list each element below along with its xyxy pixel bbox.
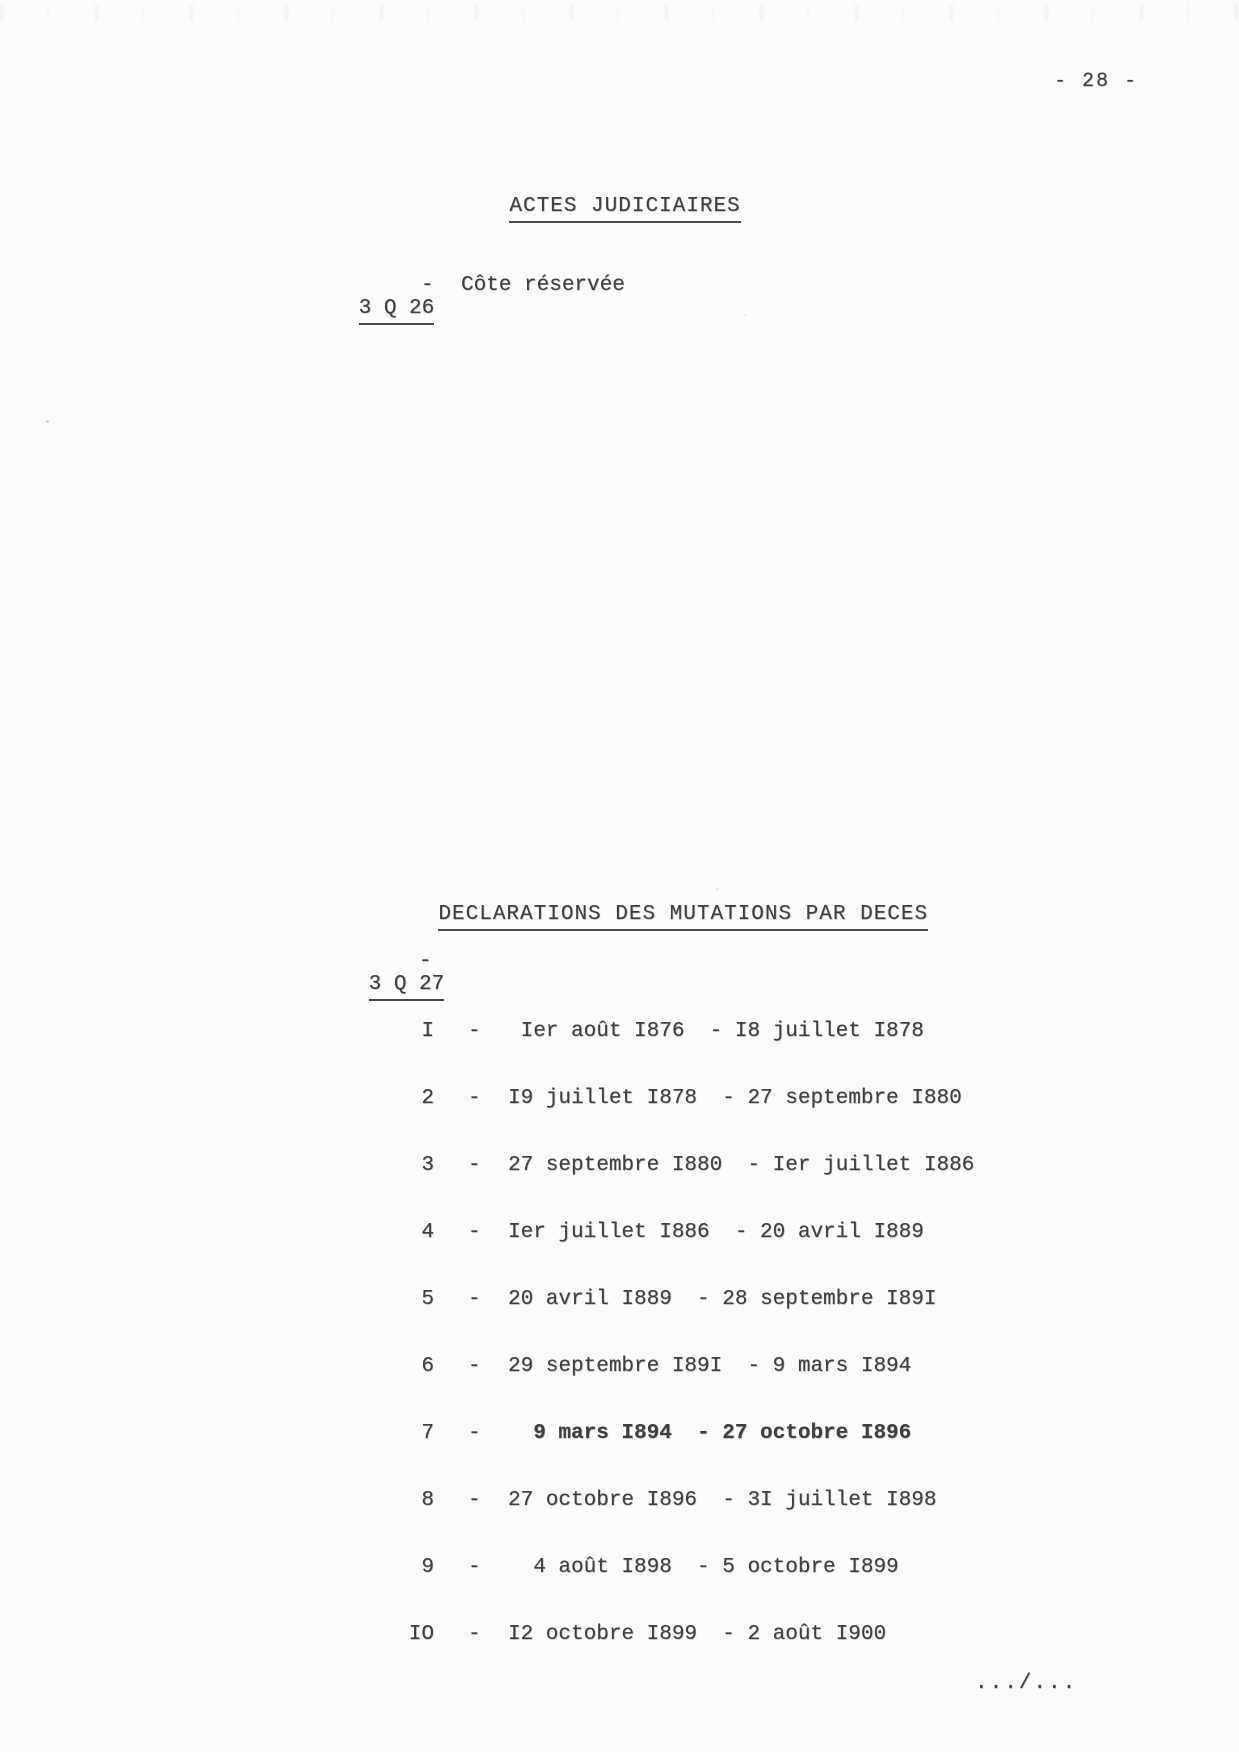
register-separator: - — [468, 1154, 481, 1177]
scanned-document-page: - 28 - ACTES JUDICIAIRES 3 Q 26 - Côte r… — [0, 0, 1239, 1752]
register-date-range: 20 avril I889 - 28 septembre I89I — [508, 1288, 936, 1311]
cote-separator: - — [419, 950, 432, 973]
register-date-range: I9 juillet I878 - 27 septembre I880 — [508, 1087, 962, 1110]
register-row: IO - I2 octobre I899 - 2 août I900 — [0, 1623, 1239, 1653]
register-row: 4 - Ier juillet I886 - 20 avril I889 — [0, 1221, 1239, 1251]
register-date-range: 27 octobre I896 - 3I juillet I898 — [508, 1489, 936, 1512]
register-number: 5 — [378, 1288, 434, 1311]
register-row: 8 - 27 octobre I896 - 3I juillet I898 — [0, 1489, 1239, 1519]
cote-line-3q26: 3 Q 26 - Côte réservée — [0, 274, 1239, 306]
register-number: I — [378, 1020, 434, 1043]
register-row: I - Ier août I876 - I8 juillet I878 — [0, 1020, 1239, 1050]
cote-reference: 3 Q 26 — [283, 274, 434, 348]
register-row: 3 - 27 septembre I880 - Ier juillet I886 — [0, 1154, 1239, 1184]
register-number: 9 — [378, 1556, 434, 1579]
register-separator: - — [468, 1489, 481, 1512]
continuation-mark: .../... — [975, 1672, 1077, 1695]
section-actes-judiciaires-heading: ACTES JUDICIAIRES — [455, 172, 741, 246]
register-number: 8 — [378, 1489, 434, 1512]
register-separator: - — [468, 1221, 481, 1244]
register-date-range: Ier août I876 - I8 juillet I878 — [508, 1020, 924, 1043]
register-date-range: 4 août I898 - 5 octobre I899 — [508, 1556, 899, 1579]
register-number: 4 — [378, 1221, 434, 1244]
register-separator: - — [468, 1355, 481, 1378]
cote-line-3q27: 3 Q 27 - — [0, 950, 1239, 982]
register-row: 6 - 29 septembre I89I - 9 mars I894 — [0, 1355, 1239, 1385]
register-date-range: Ier juillet I886 - 20 avril I889 — [508, 1221, 924, 1244]
register-row: 9 - 4 août I898 - 5 octobre I899 — [0, 1556, 1239, 1586]
paper-speck — [46, 420, 49, 423]
cote-separator: - — [421, 274, 434, 297]
section-title: DECLARATIONS DES MUTATIONS PAR DECES — [438, 903, 928, 931]
register-separator: - — [468, 1556, 481, 1579]
register-date-range: 29 septembre I89I - 9 mars I894 — [508, 1355, 911, 1378]
register-number: IO — [378, 1623, 434, 1646]
page-number: - 28 - — [1054, 70, 1138, 93]
register-separator: - — [468, 1288, 481, 1311]
paper-speck — [744, 314, 746, 316]
register-separator: - — [468, 1623, 481, 1646]
register-separator: - — [468, 1087, 481, 1110]
register-row: 2 - I9 juillet I878 - 27 septembre I880 — [0, 1087, 1239, 1117]
register-number: 2 — [378, 1087, 434, 1110]
register-separator: - — [468, 1422, 481, 1445]
register-number: 6 — [378, 1355, 434, 1378]
register-number: 7 — [378, 1422, 434, 1445]
register-separator: - — [468, 1020, 481, 1043]
section-mutations-heading: DECLARATIONS DES MUTATIONS PAR DECES — [384, 880, 928, 954]
register-date-range: 9 mars I894 - 27 octobre I896 — [508, 1422, 911, 1445]
register-date-range: I2 octobre I899 - 2 août I900 — [508, 1623, 886, 1646]
register-row: 5 - 20 avril I889 - 28 septembre I89I — [0, 1288, 1239, 1318]
register-number: 3 — [378, 1154, 434, 1177]
register-row: 7 - 9 mars I894 - 27 octobre I896 — [0, 1422, 1239, 1452]
scan-noise-strip — [0, 5, 1239, 21]
section-title: ACTES JUDICIAIRES — [509, 195, 740, 223]
register-date-range: 27 septembre I880 - Ier juillet I886 — [508, 1154, 974, 1177]
cote-description: Côte réservée — [461, 274, 625, 297]
